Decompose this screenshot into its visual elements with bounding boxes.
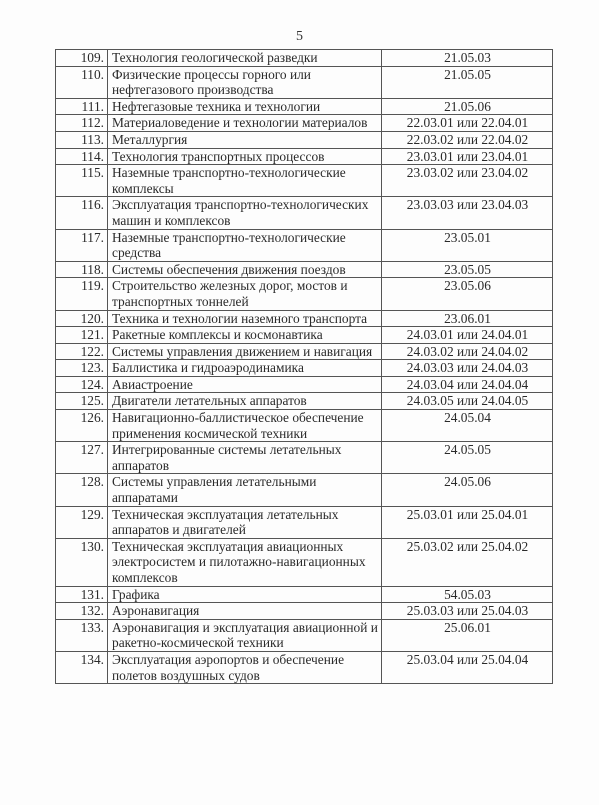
specialty-name: Материаловедение и технологии материалов bbox=[108, 115, 382, 132]
table-row: 134.Эксплуатация аэропортов и обеспечени… bbox=[56, 651, 553, 683]
row-number: 114. bbox=[56, 148, 108, 165]
specialties-table: 109.Технология геологической разведки21.… bbox=[55, 49, 553, 684]
row-number: 126. bbox=[56, 410, 108, 442]
table-body: 109.Технология геологической разведки21.… bbox=[56, 50, 553, 684]
specialty-name: Наземные транспортно-технологические сре… bbox=[108, 229, 382, 261]
specialty-name: Физические процессы горного или нефтегаз… bbox=[108, 66, 382, 98]
table-row: 132.Аэронавигация25.03.03 или 25.04.03 bbox=[56, 603, 553, 620]
specialty-name: Системы управления движением и навигация bbox=[108, 343, 382, 360]
row-number: 116. bbox=[56, 197, 108, 229]
row-number: 118. bbox=[56, 261, 108, 278]
specialty-code: 25.06.01 bbox=[382, 619, 553, 651]
specialty-code: 25.03.02 или 25.04.02 bbox=[382, 538, 553, 586]
specialty-name: Техническая эксплуатация летательных апп… bbox=[108, 506, 382, 538]
row-number: 122. bbox=[56, 343, 108, 360]
row-number: 111. bbox=[56, 98, 108, 115]
table-row: 109.Технология геологической разведки21.… bbox=[56, 50, 553, 67]
table-row: 122.Системы управления движением и навиг… bbox=[56, 343, 553, 360]
row-number: 128. bbox=[56, 474, 108, 506]
specialty-name: Аэронавигация и эксплуатация авиационной… bbox=[108, 619, 382, 651]
specialty-name: Строительство железных дорог, мостов и т… bbox=[108, 278, 382, 310]
table-row: 115.Наземные транспортно-технологические… bbox=[56, 165, 553, 197]
specialty-code: 23.05.06 bbox=[382, 278, 553, 310]
specialty-name: Нефтегазовые техника и технологии bbox=[108, 98, 382, 115]
specialty-code: 23.03.02 или 23.04.02 bbox=[382, 165, 553, 197]
table-row: 130.Техническая эксплуатация авиационных… bbox=[56, 538, 553, 586]
specialty-code: 24.05.06 bbox=[382, 474, 553, 506]
row-number: 109. bbox=[56, 50, 108, 67]
specialty-name: Системы управления летательными аппарата… bbox=[108, 474, 382, 506]
specialty-code: 25.03.01 или 25.04.01 bbox=[382, 506, 553, 538]
specialty-name: Эксплуатация аэропортов и обеспечение по… bbox=[108, 651, 382, 683]
table-row: 119.Строительство железных дорог, мостов… bbox=[56, 278, 553, 310]
row-number: 125. bbox=[56, 393, 108, 410]
table-row: 127.Интегрированные системы летательных … bbox=[56, 442, 553, 474]
specialty-code: 21.05.03 bbox=[382, 50, 553, 67]
row-number: 134. bbox=[56, 651, 108, 683]
specialty-code: 25.03.03 или 25.04.03 bbox=[382, 603, 553, 620]
table-row: 114.Технология транспортных процессов23.… bbox=[56, 148, 553, 165]
specialty-name: Ракетные комплексы и космонавтика bbox=[108, 327, 382, 344]
table-row: 118.Системы обеспечения движения поездов… bbox=[56, 261, 553, 278]
table-row: 112.Материаловедение и технологии матери… bbox=[56, 115, 553, 132]
row-number: 117. bbox=[56, 229, 108, 261]
specialty-code: 23.03.01 или 23.04.01 bbox=[382, 148, 553, 165]
row-number: 121. bbox=[56, 327, 108, 344]
row-number: 127. bbox=[56, 442, 108, 474]
row-number: 131. bbox=[56, 586, 108, 603]
specialty-name: Технология транспортных процессов bbox=[108, 148, 382, 165]
specialty-name: Авиастроение bbox=[108, 376, 382, 393]
row-number: 120. bbox=[56, 310, 108, 327]
specialty-name: Металлургия bbox=[108, 131, 382, 148]
specialty-code: 25.03.04 или 25.04.04 bbox=[382, 651, 553, 683]
specialty-name: Техника и технологии наземного транспорт… bbox=[108, 310, 382, 327]
page-number: 5 bbox=[0, 29, 599, 45]
table-row: 113.Металлургия22.03.02 или 22.04.02 bbox=[56, 131, 553, 148]
table-row: 126.Навигационно-баллистическое обеспече… bbox=[56, 410, 553, 442]
specialty-code: 23.05.01 bbox=[382, 229, 553, 261]
specialty-code: 22.03.02 или 22.04.02 bbox=[382, 131, 553, 148]
row-number: 129. bbox=[56, 506, 108, 538]
row-number: 119. bbox=[56, 278, 108, 310]
table-row: 117.Наземные транспортно-технологические… bbox=[56, 229, 553, 261]
specialty-name: Системы обеспечения движения поездов bbox=[108, 261, 382, 278]
table-row: 116.Эксплуатация транспортно-технологиче… bbox=[56, 197, 553, 229]
specialty-name: Эксплуатация транспортно-технологических… bbox=[108, 197, 382, 229]
specialty-name: Двигатели летательных аппаратов bbox=[108, 393, 382, 410]
table-row: 133.Аэронавигация и эксплуатация авиацио… bbox=[56, 619, 553, 651]
specialty-code: 24.03.05 или 24.04.05 bbox=[382, 393, 553, 410]
table-row: 123.Баллистика и гидроаэродинамика24.03.… bbox=[56, 360, 553, 377]
row-number: 115. bbox=[56, 165, 108, 197]
specialty-name: Технология геологической разведки bbox=[108, 50, 382, 67]
specialty-code: 21.05.06 bbox=[382, 98, 553, 115]
table-row: 111.Нефтегазовые техника и технологии21.… bbox=[56, 98, 553, 115]
specialty-code: 21.05.05 bbox=[382, 66, 553, 98]
specialty-code: 24.03.03 или 24.04.03 bbox=[382, 360, 553, 377]
specialty-code: 24.03.02 или 24.04.02 bbox=[382, 343, 553, 360]
row-number: 133. bbox=[56, 619, 108, 651]
specialty-name: Аэронавигация bbox=[108, 603, 382, 620]
table-row: 124.Авиастроение24.03.04 или 24.04.04 bbox=[56, 376, 553, 393]
table-row: 128.Системы управления летательными аппа… bbox=[56, 474, 553, 506]
specialty-name: Навигационно-баллистическое обеспечение … bbox=[108, 410, 382, 442]
specialty-code: 24.05.04 bbox=[382, 410, 553, 442]
specialty-code: 54.05.03 bbox=[382, 586, 553, 603]
specialty-name: Техническая эксплуатация авиационных эле… bbox=[108, 538, 382, 586]
specialty-name: Графика bbox=[108, 586, 382, 603]
specialty-code: 23.03.03 или 23.04.03 bbox=[382, 197, 553, 229]
table-row: 129.Техническая эксплуатация летательных… bbox=[56, 506, 553, 538]
specialty-code: 23.05.05 bbox=[382, 261, 553, 278]
specialty-code: 24.03.01 или 24.04.01 bbox=[382, 327, 553, 344]
table-row: 120.Техника и технологии наземного транс… bbox=[56, 310, 553, 327]
specialty-name: Наземные транспортно-технологические ком… bbox=[108, 165, 382, 197]
row-number: 132. bbox=[56, 603, 108, 620]
row-number: 110. bbox=[56, 66, 108, 98]
specialty-name: Баллистика и гидроаэродинамика bbox=[108, 360, 382, 377]
table-row: 110.Физические процессы горного или нефт… bbox=[56, 66, 553, 98]
specialty-name: Интегрированные системы летательных аппа… bbox=[108, 442, 382, 474]
row-number: 123. bbox=[56, 360, 108, 377]
table-row: 121.Ракетные комплексы и космонавтика24.… bbox=[56, 327, 553, 344]
specialty-code: 24.03.04 или 24.04.04 bbox=[382, 376, 553, 393]
row-number: 124. bbox=[56, 376, 108, 393]
specialty-code: 23.06.01 bbox=[382, 310, 553, 327]
row-number: 130. bbox=[56, 538, 108, 586]
specialty-code: 24.05.05 bbox=[382, 442, 553, 474]
row-number: 113. bbox=[56, 131, 108, 148]
row-number: 112. bbox=[56, 115, 108, 132]
table-row: 131.Графика54.05.03 bbox=[56, 586, 553, 603]
table-row: 125.Двигатели летательных аппаратов24.03… bbox=[56, 393, 553, 410]
specialty-code: 22.03.01 или 22.04.01 bbox=[382, 115, 553, 132]
